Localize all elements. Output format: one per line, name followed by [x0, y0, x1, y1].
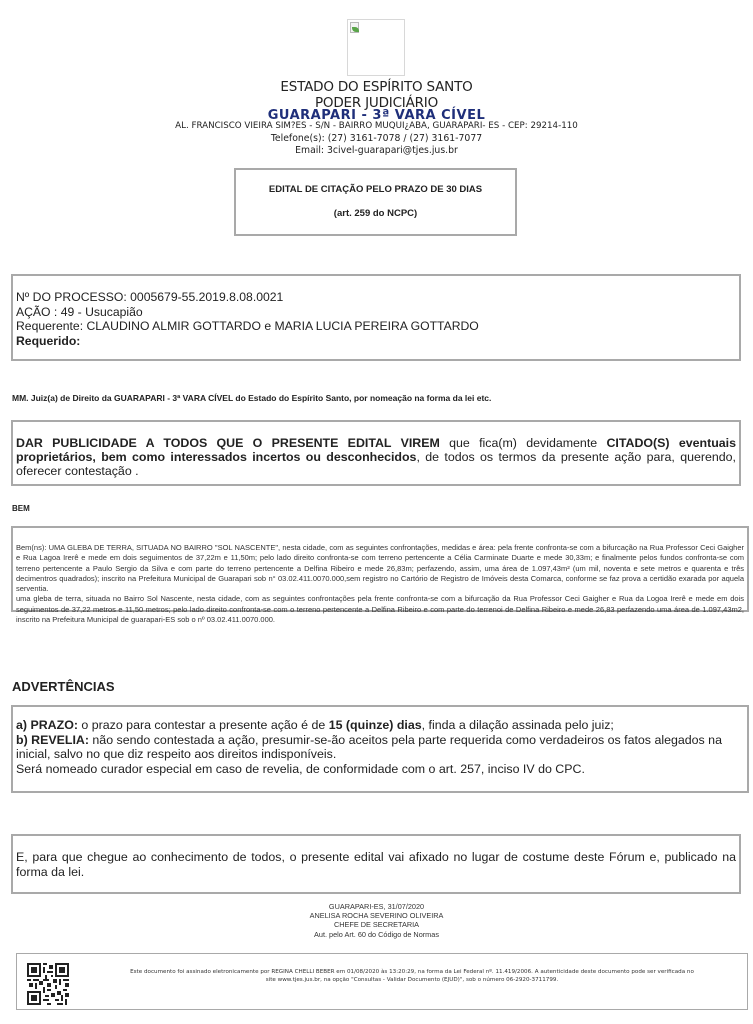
warning-default-label: b) REVELIA: — [16, 733, 89, 747]
publicity-bold-1: DAR PUBLICIDADE A TODOS QUE O PRESENTE E… — [16, 436, 440, 450]
process-number: Nº DO PROCESSO: 0005679-55.2019.8.08.002… — [16, 290, 739, 305]
edital-title-box: EDITAL DE CITAÇÃO PELO PRAZO DE 30 DIAS … — [234, 168, 517, 236]
header-address: AL. FRANCISCO VIEIRA SIM?ES - S/N - BAIR… — [0, 121, 753, 131]
final-statement-box: E, para que chegue ao conhecimento de to… — [11, 834, 741, 894]
authentication-line-2: site www.tjes.jus.br, na opção "Consulta… — [87, 976, 737, 984]
warning-deadline-text-2: , finda a dilação assinada pelo juiz; — [422, 718, 614, 732]
signature-place-date: GUARAPARI-ES, 31/07/2020 — [0, 902, 753, 911]
broken-image-icon — [350, 22, 360, 34]
bem-paragraph-2: uma gleba de terra, situada no Bairro So… — [16, 594, 744, 625]
process-action: AÇÃO : 49 - Usucapião — [16, 305, 739, 320]
process-info-box: Nº DO PROCESSO: 0005679-55.2019.8.08.002… — [11, 274, 741, 361]
authentication-text: Este documento foi assinado eletronicame… — [87, 968, 737, 984]
publicity-box: DAR PUBLICIDADE A TODOS QUE O PRESENTE E… — [11, 420, 741, 486]
header-phone: Telefone(s): (27) 3161-7078 / (27) 3161-… — [0, 133, 753, 144]
authentication-box: Este documento foi assinado eletronicame… — [16, 953, 748, 1010]
header-email: Email: 3civel-guarapari@tjes.jus.br — [0, 145, 753, 156]
judge-statement: MM. Juiz(a) de Direito da GUARAPARI - 3ª… — [12, 393, 491, 403]
bem-label: BEM — [12, 504, 30, 513]
final-statement: E, para que chegue ao conhecimento de to… — [16, 850, 736, 879]
warning-deadline-days: 15 (quinze) dias — [329, 718, 422, 732]
process-plaintiff: Requerente: CLAUDINO ALMIR GOTTARDO e MA… — [16, 319, 739, 334]
edital-subtitle: (art. 259 do NCPC) — [236, 208, 515, 219]
edital-title: EDITAL DE CITAÇÃO PELO PRAZO DE 30 DIAS — [236, 184, 515, 195]
warning-curator: Será nomeado curador especial em caso de… — [16, 762, 744, 777]
warnings-title: ADVERTÊNCIAS — [12, 679, 115, 694]
header-state: ESTADO DO ESPÍRITO SANTO — [0, 79, 753, 95]
signature-name: ANELISA ROCHA SEVERINO OLIVEIRA — [0, 911, 753, 920]
warning-deadline-text: o prazo para contestar a presente ação é… — [78, 718, 329, 732]
process-defendant-label: Requerido: — [16, 334, 80, 348]
warnings-box: a) PRAZO: o prazo para contestar a prese… — [11, 705, 749, 793]
qr-code-icon[interactable] — [27, 963, 69, 1005]
authentication-line-1: Este documento foi assinado eletronicame… — [87, 968, 737, 976]
signature-block: GUARAPARI-ES, 31/07/2020 ANELISA ROCHA S… — [0, 902, 753, 939]
signature-role: CHEFE DE SECRETARIA — [0, 920, 753, 929]
warning-default-text: não sendo contestada a ação, presumir-se… — [16, 733, 722, 762]
bem-paragraph-1: Bem(ns): UMA GLEBA DE TERRA, SITUADA NO … — [16, 543, 744, 594]
bem-box: Bem(ns): UMA GLEBA DE TERRA, SITUADA NO … — [11, 526, 749, 612]
signature-authorization: Aut. pelo Art. 60 do Código de Normas — [0, 930, 753, 939]
warning-deadline-label: a) PRAZO: — [16, 718, 78, 732]
warning-deadline: a) PRAZO: o prazo para contestar a prese… — [16, 718, 744, 733]
court-logo-placeholder — [347, 19, 405, 76]
publicity-text-1: que fica(m) devidamente — [440, 436, 607, 450]
warning-default: b) REVELIA: não sendo contestada a ação,… — [16, 733, 744, 762]
